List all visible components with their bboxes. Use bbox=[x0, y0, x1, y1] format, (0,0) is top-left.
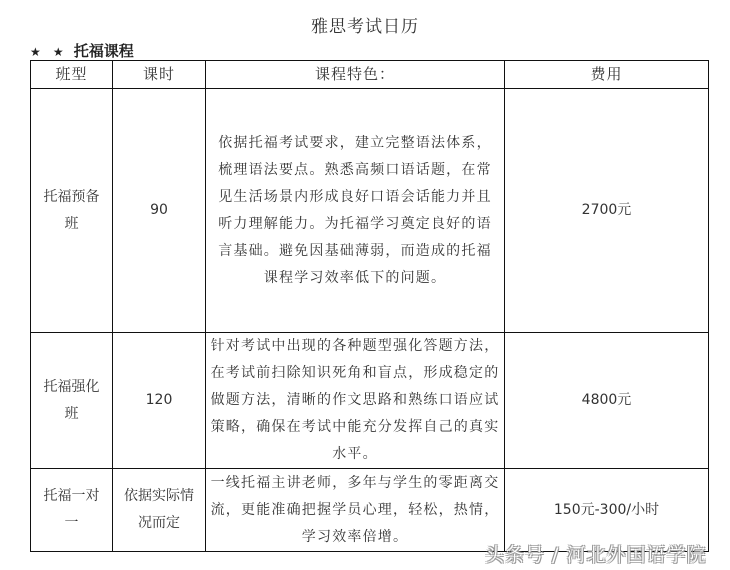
hours-cell: 依据实际情况而定 bbox=[113, 469, 206, 552]
table-header-row: 班型 课时 课程特色： 费用 bbox=[31, 61, 709, 89]
hours-cell: 90 bbox=[113, 89, 206, 333]
star-icons: ★ ★ bbox=[30, 45, 68, 59]
fee-cell: 4800元 bbox=[505, 333, 709, 469]
feature-cell: 依据托福考试要求，建立完整语法体系，梳理语法要点。熟悉高频口语话题，在常见生活场… bbox=[206, 89, 505, 333]
class-type-cell: 托福预备班 bbox=[31, 89, 113, 333]
class-type-cell: 托福一对一 bbox=[31, 469, 113, 552]
table-row: 托福预备班 90 依据托福考试要求，建立完整语法体系，梳理语法要点。熟悉高频口语… bbox=[31, 89, 709, 333]
course-table: 班型 课时 课程特色： 费用 托福预备班 90 依据托福考试要求，建立完整语法体… bbox=[30, 60, 709, 552]
document-title: 雅思考试日历 bbox=[0, 12, 730, 37]
watermark: 头条号 / 河北外国语学院 bbox=[485, 540, 706, 567]
header-hours: 课时 bbox=[113, 61, 206, 89]
section-heading-text: 托福课程 bbox=[74, 42, 134, 60]
header-fee: 费用 bbox=[505, 61, 709, 89]
hours-cell: 120 bbox=[113, 333, 206, 469]
table-row: 托福强化班 120 针对考试中出现的各种题型强化答题方法，在考试前扫除知识死角和… bbox=[31, 333, 709, 469]
feature-cell: 一线托福主讲老师，多年与学生的零距离交流，更能准确把握学员心理，轻松，热情，学习… bbox=[206, 469, 505, 552]
section-heading: ★ ★托福课程 bbox=[30, 40, 134, 61]
header-class-type: 班型 bbox=[31, 61, 113, 89]
feature-cell: 针对考试中出现的各种题型强化答题方法，在考试前扫除知识死角和盲点，形成稳定的做题… bbox=[206, 333, 505, 469]
class-type-cell: 托福强化班 bbox=[31, 333, 113, 469]
header-features: 课程特色： bbox=[206, 61, 505, 89]
fee-cell: 2700元 bbox=[505, 89, 709, 333]
